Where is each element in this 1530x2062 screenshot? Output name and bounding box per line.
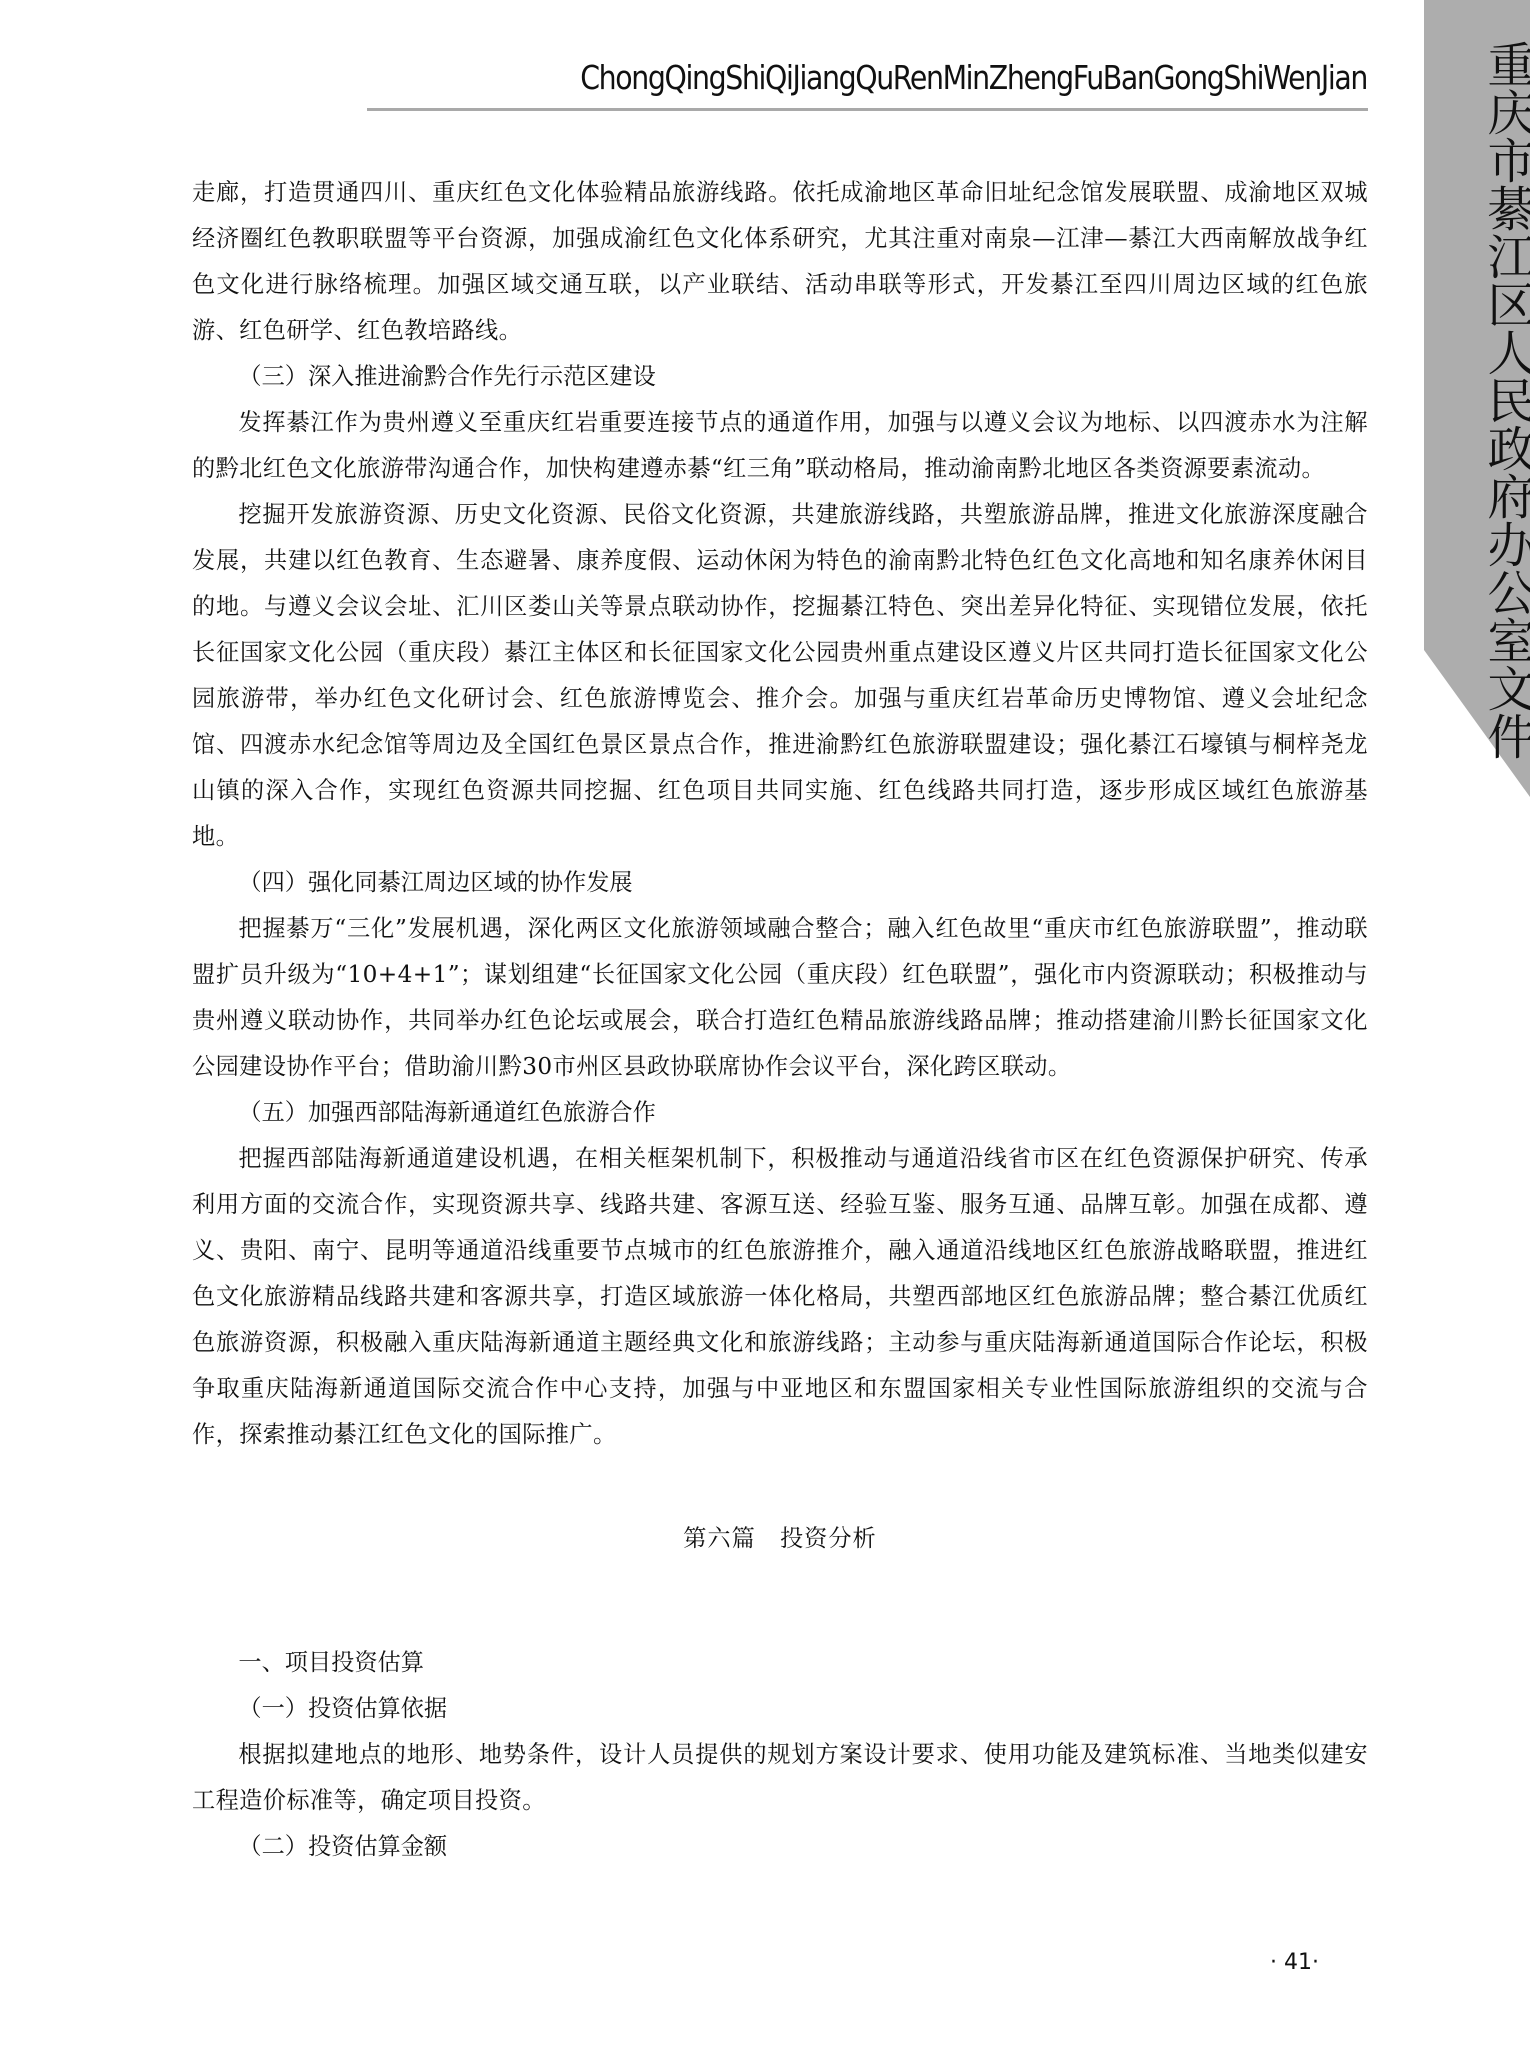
side-tab-label: 重庆市綦江区人民政府办公室文件 <box>1424 40 1530 760</box>
section-heading-5: （五）加强西部陆海新通道红色旅游合作 <box>192 1090 1368 1136</box>
paragraph: 根据拟建地点的地形、地势条件，设计人员提供的规划方案设计要求、使用功能及建筑标准… <box>192 1732 1368 1824</box>
section-heading-3: （三）深入推进渝黔合作先行示范区建设 <box>192 354 1368 400</box>
paragraph: 把握綦万“三化”发展机遇，深化两区文化旅游领域融合整合；融入红色故里“重庆市红色… <box>192 906 1368 1090</box>
section-heading-1: 一、项目投资估算 <box>192 1640 1368 1686</box>
document-body: 走廊，打造贯通四川、重庆红色文化体验精品旅游线路。依托成渝地区革命旧址纪念馆发展… <box>192 170 1368 1870</box>
subsection-heading-2: （二）投资估算金额 <box>192 1824 1368 1870</box>
page-number: · 41· <box>1270 1950 1319 1975</box>
paragraph: 发挥綦江作为贵州遵义至重庆红岩重要连接节点的通道作用，加强与以遵义会议为地标、以… <box>192 400 1368 492</box>
paragraph: 把握西部陆海新通道建设机遇，在相关框架机制下，积极推动与通道沿线省市区在红色资源… <box>192 1136 1368 1458</box>
chapter-title: 第六篇 投资分析 <box>192 1516 1368 1562</box>
header-divider <box>367 108 1368 111</box>
side-tab: 重庆市綦江区人民政府办公室文件 <box>1424 0 1530 800</box>
paragraph: 挖掘开发旅游资源、历史文化资源、民俗文化资源，共建旅游线路，共塑旅游品牌，推进文… <box>192 492 1368 860</box>
running-header-title: ChongQingShiQiJiangQuRenMinZhengFuBanGon… <box>507 58 1367 97</box>
paragraph-continued: 走廊，打造贯通四川、重庆红色文化体验精品旅游线路。依托成渝地区革命旧址纪念馆发展… <box>192 170 1368 354</box>
subsection-heading-1: （一）投资估算依据 <box>192 1686 1368 1732</box>
section-heading-4: （四）强化同綦江周边区域的协作发展 <box>192 860 1368 906</box>
